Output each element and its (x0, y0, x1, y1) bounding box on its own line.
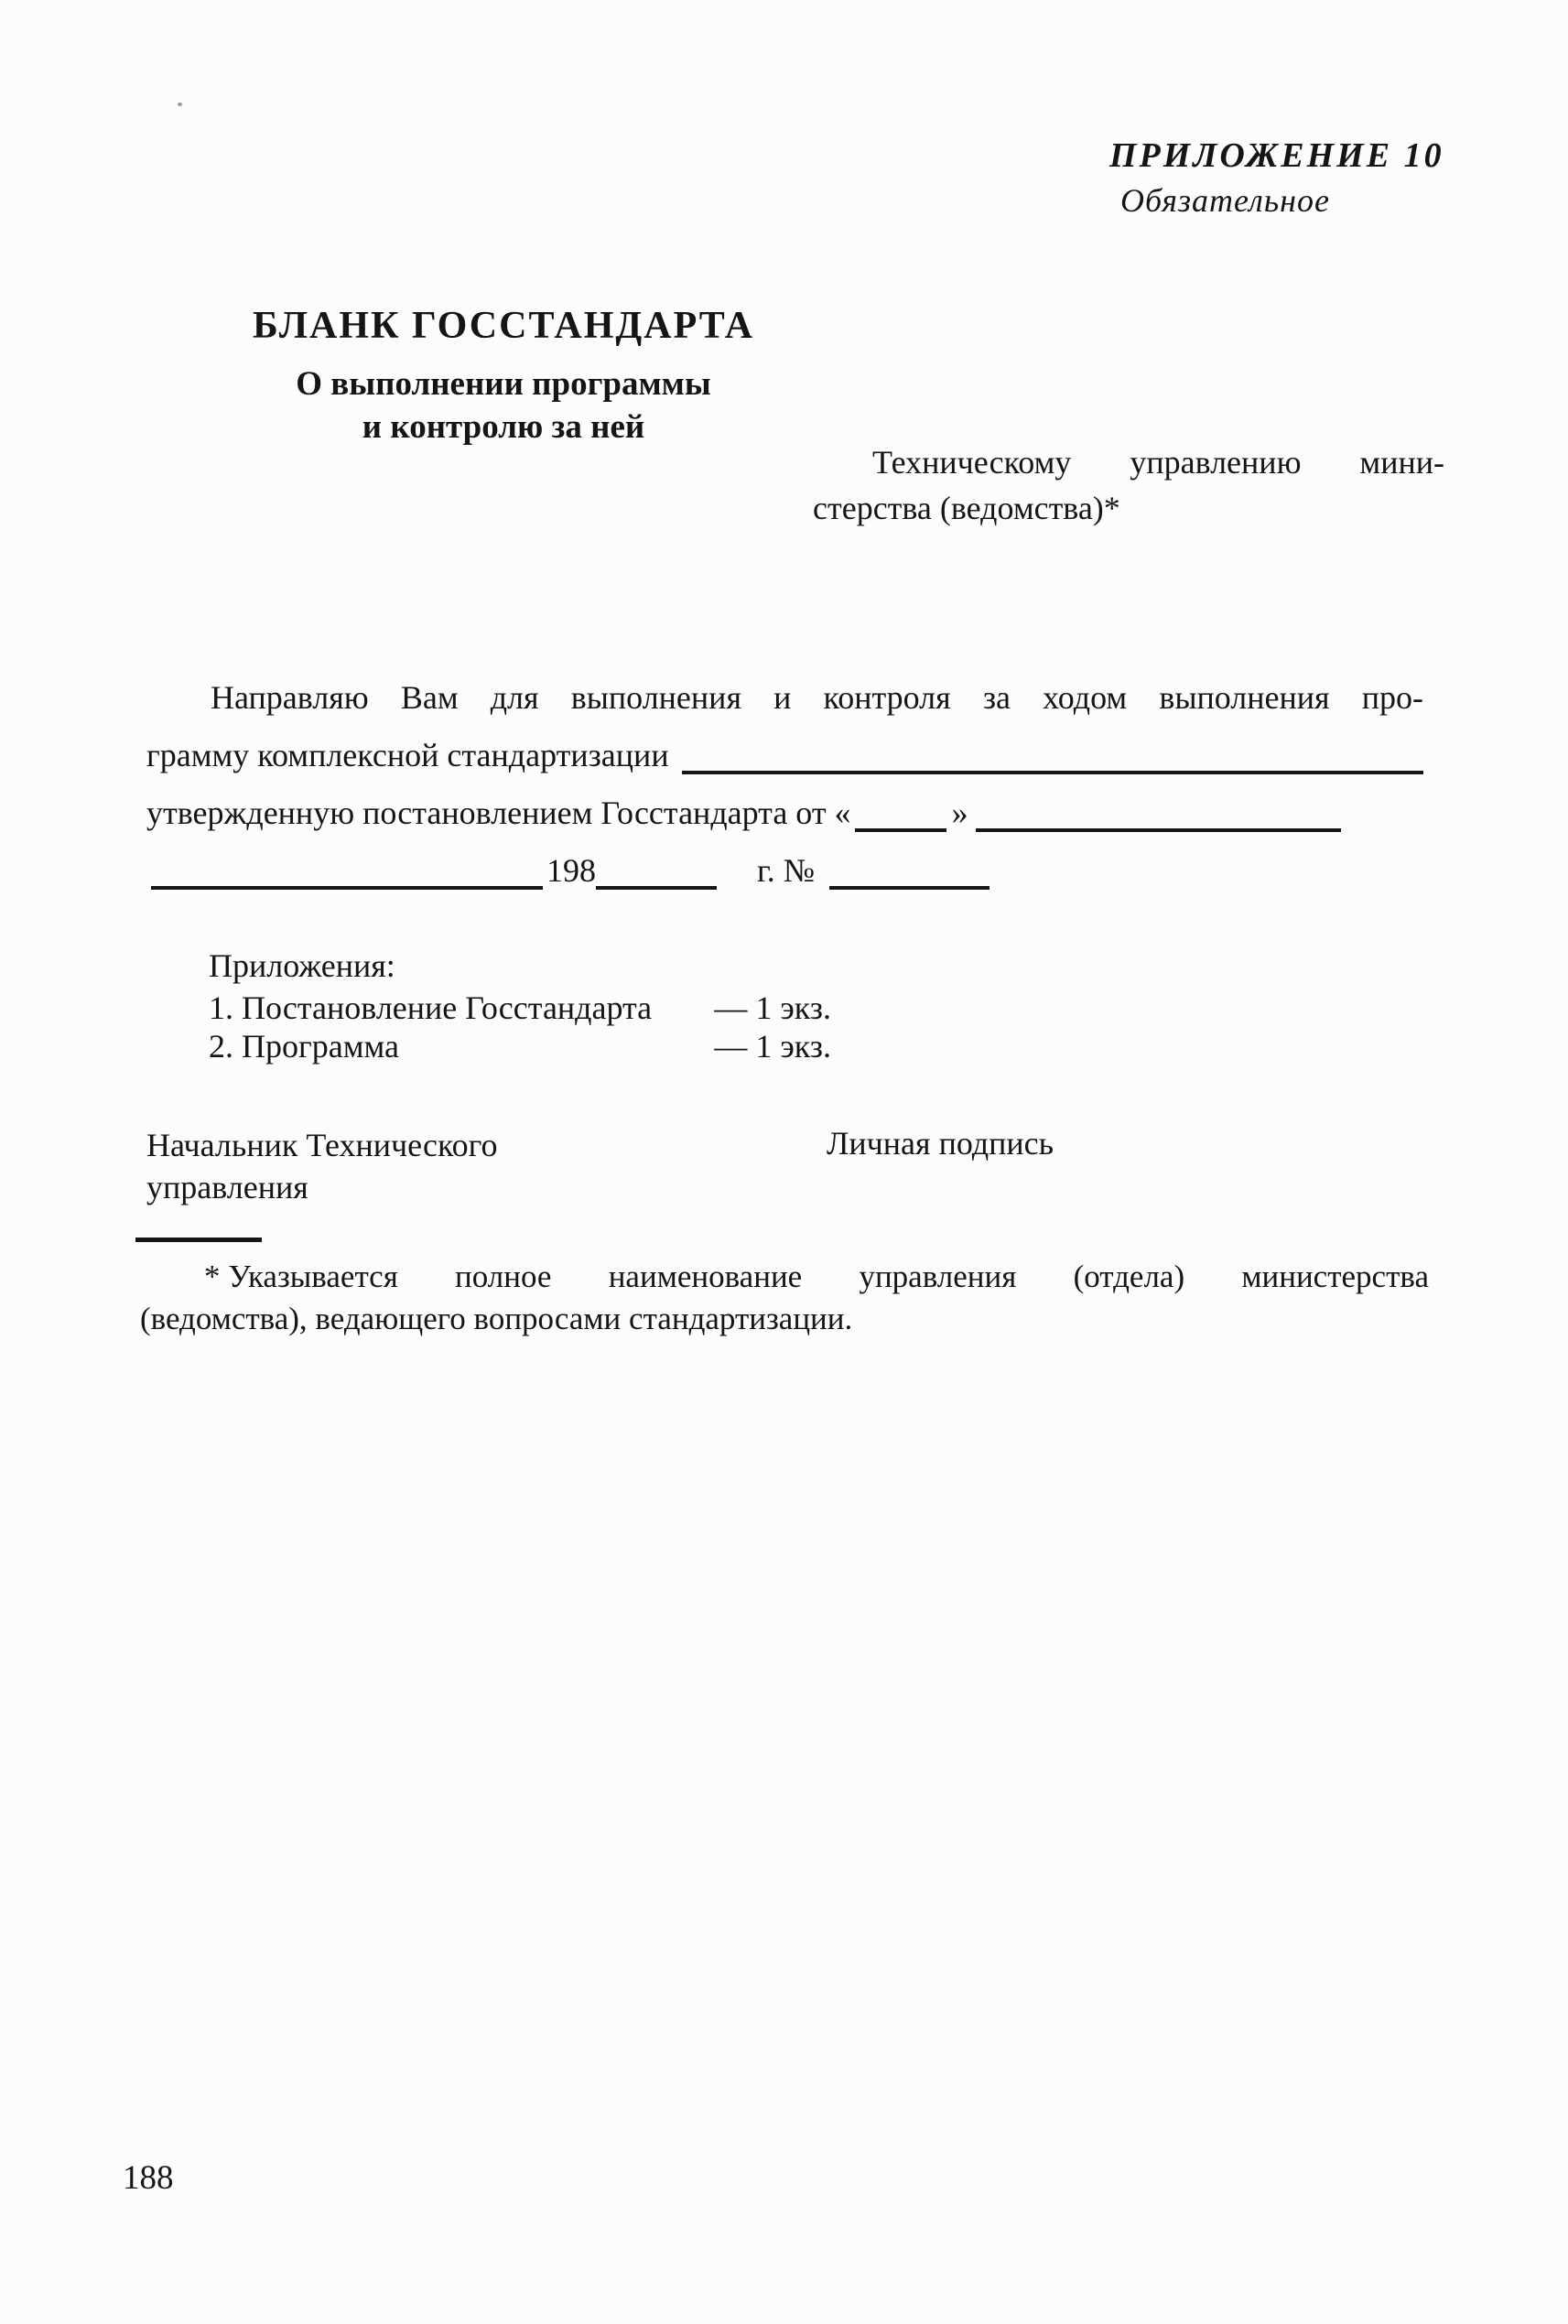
attachments-title: Приложения: (209, 946, 831, 985)
appendix-title: ПРИЛОЖЕНИЕ 10 (1109, 135, 1444, 176)
document-page: ПРИЛОЖЕНИЕ 10 Обязательное БЛАНК ГОССТАН… (0, 0, 1568, 2324)
signature-label: Личная подпись (827, 1124, 1054, 1162)
form-subtitle-line1: О выполнении программы (183, 364, 824, 404)
addressee-line2: стерства (ведомства)* (813, 489, 1449, 527)
page-number: 188 (123, 2158, 174, 2198)
footnote-divider (135, 1238, 262, 1242)
blank-line-year (596, 849, 717, 890)
body-line2-label: грамму комплексной стандартизации (146, 736, 669, 774)
number-label: г. № (757, 851, 815, 890)
word: Техническому (872, 443, 1071, 481)
word: мини- (1359, 443, 1444, 481)
addressee-line1: Техническому управлению мини- (872, 443, 1444, 481)
word: управлению (1130, 443, 1301, 481)
year-prefix: 198 (546, 851, 596, 890)
scan-speckle (178, 103, 182, 106)
footnote: * Указывается полное наименование управл… (140, 1256, 1429, 1340)
attachment-label: 2. Программа (209, 1027, 399, 1065)
blank-line-continuation (151, 849, 543, 890)
word: министерства (1241, 1256, 1429, 1298)
footnote-line1: * Указывается полное наименование управл… (140, 1256, 1429, 1298)
word: * Указывается (204, 1256, 398, 1298)
body-line3: утвержденную постановлением Госстандарта… (146, 774, 1341, 832)
signatory-title-line2: управления (146, 1166, 497, 1208)
body-line4: 198 г. № (146, 832, 1423, 890)
attachment-count: — 1 экз. (714, 989, 831, 1027)
body-line1: Направляю Вам для выполнения и контроля … (146, 678, 1423, 717)
footnote-line2: (ведомства), ведающего вопросами стандар… (140, 1298, 1429, 1340)
blank-line-program (682, 734, 1423, 774)
word: (отдела) (1074, 1256, 1185, 1298)
attachments-block: Приложения: 1. Постановление Госстандарт… (209, 946, 831, 1065)
appendix-type: Обязательное (1120, 181, 1444, 220)
close-quote: » (952, 794, 968, 832)
form-subtitle-line2: и контролю за ней (183, 407, 824, 447)
body-line3-label: утвержденную постановлением Госстандарта… (146, 794, 851, 832)
blank-line-month (976, 792, 1341, 832)
signatory-title: Начальник Технического управления (146, 1124, 497, 1208)
attachment-item: 1. Постановление Госстандарта — 1 экз. (209, 989, 831, 1027)
word: наименование (609, 1256, 803, 1298)
attachment-count: — 1 экз. (714, 1027, 831, 1065)
blank-line-number (829, 849, 989, 890)
body-line2: грамму комплексной стандартизации (146, 717, 1423, 774)
word: управления (859, 1256, 1016, 1298)
attachment-label: 1. Постановление Госстандарта (209, 989, 652, 1027)
form-title-block: БЛАНК ГОССТАНДАРТА О выполнении программ… (183, 304, 824, 447)
blank-line-day (855, 792, 946, 832)
form-title: БЛАНК ГОССТАНДАРТА (183, 304, 824, 348)
appendix-header: ПРИЛОЖЕНИЕ 10 Обязательное (1109, 135, 1444, 220)
signatory-title-line1: Начальник Технического (146, 1124, 497, 1166)
attachment-item: 2. Программа — 1 экз. (209, 1027, 831, 1065)
addressee-block: Техническому управлению мини- стерства (… (813, 443, 1449, 527)
word: полное (455, 1256, 551, 1298)
body-paragraph: Направляю Вам для выполнения и контроля … (146, 659, 1423, 890)
